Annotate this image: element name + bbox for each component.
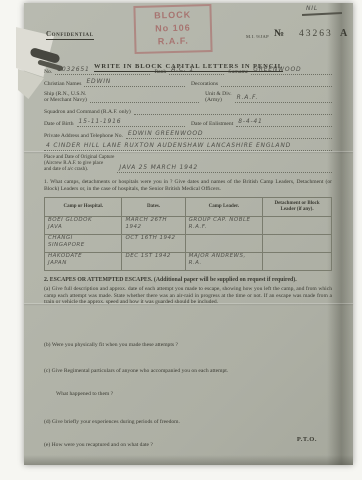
row-private-address: Private Address and Telephone No. EDWIN … xyxy=(44,131,332,139)
field-private-address: Private Address and Telephone No. EDWIN … xyxy=(44,131,332,139)
header-detachment-leader: Detachment or Block Leader (if any). xyxy=(263,198,332,217)
question-2c: (c) Give Regimental particulars of anyon… xyxy=(44,368,332,375)
row-christian-decorations: Christian Names EDWIN Decorations xyxy=(44,79,332,87)
service-number-label: No. xyxy=(44,69,55,75)
camp-value: HAKODATE JAPAN xyxy=(48,253,82,266)
ship-line xyxy=(90,95,199,103)
service-number-line: 1032651 xyxy=(55,67,150,75)
question-2d: (d) Give briefly your experiences during… xyxy=(44,419,332,426)
date-of-birth-value: 15-11-1916 xyxy=(79,118,122,125)
field-date-of-enlistment: Date of Enlistment 8-4-41 xyxy=(191,119,332,127)
camp-value: BOEI GLODOK JAVA xyxy=(48,217,92,230)
date-of-birth-label: Date of Birth xyxy=(44,121,77,127)
cell-block-leader xyxy=(263,235,332,253)
header-camp-or-hospital: Camp or Hospital. xyxy=(45,198,122,217)
field-decorations: Decorations xyxy=(191,79,332,87)
cell-leader xyxy=(185,235,262,253)
unit-div-line: R.A.F. xyxy=(235,95,332,103)
camp-value: CHANGI SINGAPORE xyxy=(48,235,85,248)
private-address-value-2: 4 CINDER HILL LANE RUXTON AUDENSHAW LANC… xyxy=(46,142,291,149)
christian-names-label: Christian Names xyxy=(44,81,84,87)
dates-value: DEC 1ST 1942 xyxy=(125,253,170,260)
table-row: BOEI GLODOK JAVA MARCH 26TH 1942 GROUP C… xyxy=(45,217,332,235)
form-content: No. 1032651 Rank A.C. 1 Surname GREENWOO… xyxy=(44,67,332,448)
row-dob-enlistment: Date of Birth 15-11-1916 Date of Enlistm… xyxy=(44,119,332,127)
dates-value: MARCH 26TH 1942 xyxy=(125,217,181,230)
service-number-value: 1032651 xyxy=(57,66,89,73)
camps-table: Camp or Hospital. Dates. Camp Leader. De… xyxy=(44,197,332,271)
raf-block-stamp: BLOCK No 106 R.A.F. xyxy=(133,4,212,54)
header-camp-leader: Camp Leader. xyxy=(185,198,262,217)
cell-dates: DEC 1ST 1942 xyxy=(122,253,185,271)
ship-label: Ship (R.N., U.S.N. or Merchant Navy) xyxy=(44,91,90,103)
scanned-document: Confidential BLOCK No 106 R.A.F. M.I. 9/… xyxy=(0,0,362,480)
surname-label: Surname xyxy=(228,69,251,75)
field-ship: Ship (R.N., U.S.N. or Merchant Navy) xyxy=(44,91,199,103)
section-2-heading: 2. ESCAPES OR ATTEMPTED ESCAPES. (Additi… xyxy=(44,277,332,283)
surname-line: GREENWOOD xyxy=(251,67,332,75)
question-2b: (b) Were you physically fit when you mad… xyxy=(44,342,332,349)
table-row: HAKODATE JAPAN DEC 1ST 1942 MAJOR ANDREW… xyxy=(45,253,332,271)
field-unit-div: Unit & Div. (Army) R.A.F. xyxy=(205,91,332,103)
rank-line: A.C. 1 xyxy=(169,67,224,75)
capture-value: JAVA 25 MARCH 1942 xyxy=(119,164,198,171)
question-1-text: 1. What camps, detachments or hospitals … xyxy=(44,179,332,192)
serial-suffix: A xyxy=(340,28,347,39)
camps-table-header-row: Camp or Hospital. Dates. Camp Leader. De… xyxy=(45,198,332,217)
cell-leader: GROUP CAP. NOBLE R.A.F. xyxy=(185,217,262,235)
row-squadron: Squadron and Command (R.A.F. only) xyxy=(44,107,332,115)
dates-value: OCT 16TH 1942 xyxy=(125,235,175,242)
cell-block-leader xyxy=(263,253,332,271)
squadron-label: Squadron and Command (R.A.F. only) xyxy=(44,109,134,115)
rank-label: Rank xyxy=(154,69,169,75)
private-address-line-1: EDWIN GREENWOOD xyxy=(126,131,332,139)
private-address-value-1: EDWIN GREENWOOD xyxy=(128,130,203,137)
cell-block-leader xyxy=(263,217,332,235)
question-2a: (a) Give full description and approx. da… xyxy=(44,286,332,306)
mi9-reference: M.I. 9/JAP xyxy=(246,34,269,39)
row-private-address-2: 4 CINDER HILL LANE RUXTON AUDENSHAW LANC… xyxy=(44,143,332,151)
cell-dates: MARCH 26TH 1942 xyxy=(122,217,185,235)
unit-div-label: Unit & Div. (Army) xyxy=(205,91,235,103)
cell-camp: CHANGI SINGAPORE xyxy=(45,235,122,253)
leader-value: MAJOR ANDREWS, R.A. xyxy=(189,253,246,266)
field-capture: Place and Date of Original Capture (Airc… xyxy=(44,155,332,173)
decorations-label: Decorations xyxy=(191,81,221,87)
decorations-line xyxy=(221,79,332,87)
capture-line: JAVA 25 MARCH 1942 xyxy=(117,165,332,173)
pto-label: P.T.O. xyxy=(297,436,317,443)
date-of-enlistment-value: 8-4-41 xyxy=(238,118,262,125)
serial-number: 43263 xyxy=(299,29,333,39)
private-address-label: Private Address and Telephone No. xyxy=(44,133,126,139)
table-row: CHANGI SINGAPORE OCT 16TH 1942 xyxy=(45,235,332,253)
nil-handwritten-note: NIL xyxy=(306,5,318,12)
rank-value: A.C. 1 xyxy=(171,66,194,73)
field-private-address-2: 4 CINDER HILL LANE RUXTON AUDENSHAW LANC… xyxy=(44,143,332,151)
unit-div-value: R.A.F. xyxy=(237,94,259,101)
leader-value: GROUP CAP. NOBLE R.A.F. xyxy=(189,217,251,230)
cell-camp: HAKODATE JAPAN xyxy=(45,253,122,271)
field-rank: Rank A.C. 1 xyxy=(154,67,224,75)
date-of-enlistment-line: 8-4-41 xyxy=(236,119,332,127)
question-2c-followup: What happened to them ? xyxy=(56,391,332,398)
squadron-line xyxy=(134,107,332,115)
christian-names-value: EDWIN xyxy=(86,78,111,85)
date-of-enlistment-label: Date of Enlistment xyxy=(191,121,236,127)
capture-label: Place and Date of Original Capture (Airc… xyxy=(44,155,117,173)
question-2e: (e) How were you recaptured and on what … xyxy=(44,442,332,449)
field-christian-names: Christian Names EDWIN xyxy=(44,79,185,87)
row-ship-unit: Ship (R.N., U.S.N. or Merchant Navy) Uni… xyxy=(44,91,332,103)
form-paper: Confidential BLOCK No 106 R.A.F. M.I. 9/… xyxy=(24,3,353,465)
number-sign: № xyxy=(274,28,284,39)
private-address-line-2: 4 CINDER HILL LANE RUXTON AUDENSHAW LANC… xyxy=(44,143,332,151)
surname-value: GREENWOOD xyxy=(253,66,301,73)
cell-dates: OCT 16TH 1942 xyxy=(122,235,185,253)
field-date-of-birth: Date of Birth 15-11-1916 xyxy=(44,119,185,127)
field-surname: Surname GREENWOOD xyxy=(228,67,332,75)
christian-names-line: EDWIN xyxy=(84,79,185,87)
row-no-rank-surname: No. 1032651 Rank A.C. 1 Surname GREENWOO… xyxy=(44,67,332,75)
bottom-shadow xyxy=(24,455,353,465)
field-service-number: No. 1032651 xyxy=(44,67,150,75)
field-squadron: Squadron and Command (R.A.F. only) xyxy=(44,107,332,115)
confidential-stamp: Confidential xyxy=(46,30,94,40)
stamp-line-3: R.A.F. xyxy=(136,34,210,49)
cell-camp: BOEI GLODOK JAVA xyxy=(45,217,122,235)
row-capture: Place and Date of Original Capture (Airc… xyxy=(44,155,332,173)
cell-leader: MAJOR ANDREWS, R.A. xyxy=(185,253,262,271)
header-dates: Dates. xyxy=(122,198,185,217)
date-of-birth-line: 15-11-1916 xyxy=(77,119,185,127)
